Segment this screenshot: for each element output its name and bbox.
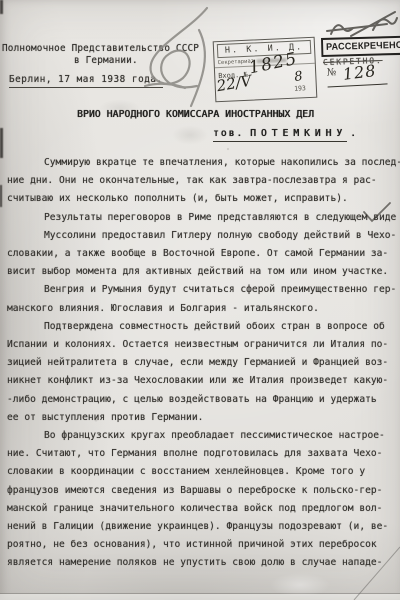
- body-line: Суммирую вкратце те впечатления, которые…: [7, 154, 399, 172]
- body-line: словакии, а также вообще в Восточной Евр…: [7, 245, 399, 263]
- body-line: словакии в координации с восстанием хенл…: [7, 463, 399, 481]
- handwritten-doc-number: 128: [342, 61, 378, 84]
- scan-edge-artifact: [0, 128, 3, 158]
- body-line: зицией нейтралитета в случае, если между…: [7, 354, 399, 372]
- document-page: Полномочное Представительство СССР в Гер…: [0, 0, 400, 600]
- scan-edge-artifact: [0, 0, 3, 14]
- body-line: Во французских кругах преобладает пессим…: [7, 427, 399, 445]
- addressee: тов.ПОТЕМКИНУ.: [213, 128, 356, 139]
- addressee-underlined: тов.ПОТЕМКИНУ: [213, 128, 347, 142]
- body-line: ние дни. Они не окончательные, так как з…: [7, 172, 399, 190]
- stamp-year-printed: 193: [294, 84, 306, 93]
- addressee-name: ПОТЕМКИНУ: [250, 128, 347, 139]
- body-line: ее от выступления против Германии.: [7, 409, 399, 427]
- body-line: роятно, не без основания), что истинной …: [7, 536, 399, 554]
- body-line: Испании и колониях. Остается неизвестным…: [7, 336, 399, 354]
- addressee-period: .: [350, 128, 356, 139]
- numero-sign: №: [327, 67, 337, 78]
- nkid-entry-stamp: Н. К. И. Д. Секретариат Вход. № 193 1825…: [213, 37, 318, 103]
- doc-number: №128: [326, 61, 387, 87]
- body-text: Суммирую вкратце те впечатления, которые…: [7, 154, 399, 573]
- body-line: -либо демонстрацию, с целью воздействова…: [7, 391, 399, 409]
- body-line: ние. Считают, что Германия вполне подгот…: [7, 445, 399, 463]
- body-line: Муссолини предоставил Гитлеру полную сво…: [7, 227, 399, 245]
- body-line: французов имеются сведения из Варшавы о …: [7, 482, 399, 500]
- body-line: является намерение поляков не упустить с…: [7, 554, 399, 572]
- body-line: манской границе значительного количества…: [7, 500, 399, 518]
- addressee-prefix: тов.: [213, 128, 244, 139]
- memo-heading: ВРИО НАРОДНОГО КОМИССАРА ИНОСТРАННЫХ ДЕЛ: [77, 109, 314, 120]
- body-line: висит выбор момента для активных действи…: [7, 263, 399, 281]
- body-line: никнет конфликт из-за Чехословакии или ж…: [7, 372, 399, 390]
- body-line: Подтверждена совместность действий обоих…: [7, 318, 399, 336]
- declassified-stamp: РАССЕКРЕЧЕНО: [321, 36, 400, 57]
- body-line: манского влияния. Югославия и Болгария -…: [7, 300, 399, 318]
- handwritten-year-digit: 8: [293, 69, 303, 85]
- body-line: считываю их несколько пополнить (и, быть…: [7, 190, 399, 208]
- body-line: Результаты переговоров в Риме представля…: [7, 209, 399, 227]
- body-line: нений в Галиции (движение украинцев). Фр…: [7, 518, 399, 536]
- scan-edge-artifact: [0, 185, 2, 207]
- body-line: Венгрия и Румыния будут считаться сферой…: [7, 281, 399, 299]
